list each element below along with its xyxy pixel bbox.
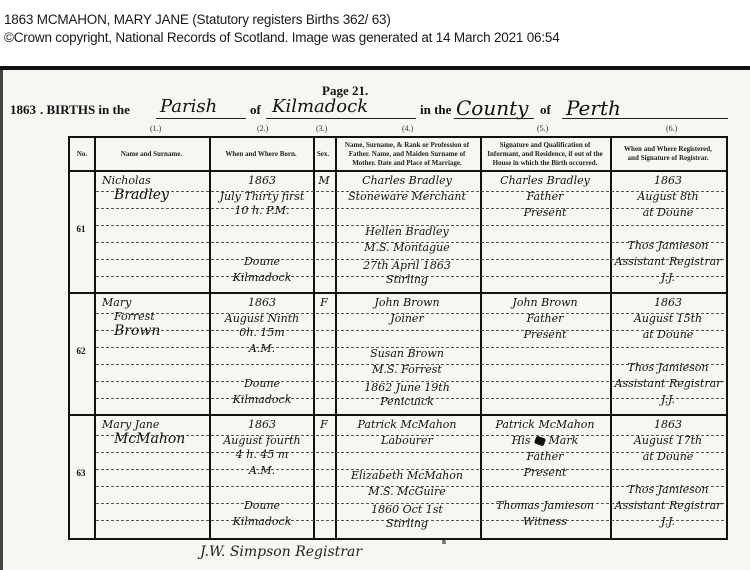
sheet-mark: B: [442, 540, 446, 546]
marriage-detail: 27th April 1863: [342, 260, 472, 272]
column-header-informant: Signature and Qualification of Informant…: [480, 138, 610, 170]
county-name: Perth: [566, 96, 621, 120]
birth-detail: 1863: [214, 297, 310, 309]
informant-detail: Father: [482, 313, 608, 325]
mother-detail: Elizabeth McMahon: [342, 470, 472, 482]
birth-detail: 0h. 15m: [214, 327, 310, 339]
child-name: Brown: [114, 325, 160, 337]
marriage-detail: 1862 June 19th: [342, 382, 472, 394]
informant-name: Patrick McMahon: [482, 419, 608, 431]
birth-detail: A.M.: [214, 343, 310, 355]
child-name: Nicholas: [102, 175, 151, 187]
child-name: Mary Jane: [102, 419, 159, 431]
underline: [266, 118, 416, 119]
child-name: Forrest: [114, 311, 155, 323]
registrar-signature: J.W. Simpson Registrar: [200, 544, 362, 560]
in-the-label: in the: [420, 102, 451, 118]
mother-detail: Susan Brown: [342, 348, 472, 360]
birth-detail: Doune: [214, 256, 310, 268]
column-divider: [94, 138, 96, 538]
registration-detail: August 8th: [612, 191, 724, 203]
marriage-detail: Stirling: [342, 518, 472, 530]
birth-detail: 1863: [214, 175, 310, 187]
birth-detail: Doune: [214, 378, 310, 390]
registration-detail: 1863: [612, 297, 724, 309]
registration-detail: August 17th: [612, 435, 724, 447]
birth-detail: August Ninth: [214, 313, 310, 325]
record-title: 1863 MCMAHON, MARY JANE (Statutory regis…: [4, 12, 391, 27]
mother-detail: M.S. Forrest: [342, 364, 472, 376]
marriage-detail: Stirling: [342, 274, 472, 286]
father-detail: Joiner: [342, 313, 472, 325]
marriage-detail: 1860 Oct 1st: [342, 504, 472, 516]
father-detail: Stoneware Merchant: [342, 191, 472, 203]
parish-name: Kilmadock: [272, 96, 368, 117]
mother-detail: Hellen Bradley: [342, 226, 472, 238]
birth-detail: A.M.: [214, 465, 310, 477]
column-number: (6.): [666, 124, 677, 133]
area-type: County: [456, 96, 528, 120]
birth-detail: Kilmadock: [214, 394, 310, 406]
marriage-detail: Penicuick: [342, 396, 472, 408]
registration-detail: at Doune: [612, 329, 724, 341]
underline: [156, 118, 246, 119]
sex-value: F: [316, 297, 332, 309]
births-heading: . BIRTHS in the: [40, 102, 130, 118]
division-type: Parish: [160, 96, 217, 117]
informant-relation: Father: [482, 451, 608, 463]
registration-detail: at Doune: [612, 207, 724, 219]
entry-divider: [70, 292, 726, 294]
column-number: (4.): [402, 124, 413, 133]
birth-detail: Doune: [214, 500, 310, 512]
witness-name: Thomas Jamieson: [482, 500, 608, 512]
child-name: Bradley: [114, 189, 169, 201]
registration-detail: August 15th: [612, 313, 724, 325]
column-header-parents: Name, Surname, & Rank or Profession of F…: [335, 138, 479, 170]
entry-number: 61: [70, 224, 92, 234]
column-number: (2.): [257, 124, 268, 133]
informant-detail: Father: [482, 191, 608, 203]
birth-detail: 1863: [214, 419, 310, 431]
of-label: of: [250, 102, 261, 118]
father-detail: Charles Bradley: [342, 175, 472, 187]
child-name: Mary: [102, 297, 131, 309]
entry-number: 62: [70, 346, 92, 356]
registration-detail: J.J.: [612, 516, 724, 528]
registration-detail: Thos Jamieson: [612, 240, 724, 252]
birth-detail: 4 h. 45 m: [214, 449, 310, 461]
column-header-registered: When and Where Registered, and Signature…: [610, 138, 726, 170]
sex-value: F: [316, 419, 332, 431]
registration-detail: J.J.: [612, 272, 724, 284]
father-detail: Patrick McMahon: [342, 419, 472, 431]
register-title-line: 1863 . BIRTHS in the Parish of Kilmadock…: [10, 98, 728, 122]
column-header-born: When and Where Born.: [209, 138, 313, 170]
informant-detail: Charles Bradley: [482, 175, 608, 187]
witness-label: Witness: [482, 516, 608, 528]
column-divider: [335, 138, 337, 538]
registration-detail: Thos Jamieson: [612, 362, 724, 374]
column-header-sex: Sex.: [313, 138, 333, 170]
column-header-no: No.: [70, 138, 94, 170]
cross-mark-icon: [533, 436, 545, 447]
informant-detail: Present: [482, 207, 608, 219]
informant-detail: Present: [482, 329, 608, 341]
registration-detail: 1863: [612, 175, 724, 187]
copyright-notice: ©Crown copyright, National Records of Sc…: [4, 30, 560, 45]
of-label: of: [540, 102, 551, 118]
column-divider: [209, 138, 211, 538]
registration-detail: Assistant Registrar: [612, 500, 724, 512]
column-number: (1.): [150, 124, 161, 133]
column-divider: [313, 138, 315, 538]
informant-presence: Present: [482, 467, 608, 479]
entry-number: 63: [70, 468, 92, 478]
birth-detail: August fourth: [214, 435, 310, 447]
father-detail: John Brown: [342, 297, 472, 309]
mark-label: Mark: [549, 434, 579, 447]
informant-mark-line: HisMark: [482, 435, 608, 447]
births-register-table: No. Name and Surname. When and Where Bor…: [68, 136, 728, 540]
column-number: (3.): [316, 124, 327, 133]
informant-detail: John Brown: [482, 297, 608, 309]
registration-detail: Assistant Registrar: [612, 378, 724, 390]
page-left-border: [0, 70, 3, 570]
column-number: (5.): [537, 124, 548, 133]
registration-detail: 1863: [612, 419, 724, 431]
birth-detail: 10 h. P.M.: [214, 205, 310, 217]
registration-detail: Thos Jamieson: [612, 484, 724, 496]
child-name: McMahon: [114, 433, 185, 445]
birth-detail: July Thirty first: [214, 191, 310, 203]
birth-detail: Kilmadock: [214, 272, 310, 284]
mother-detail: M.S. McGuire: [342, 486, 472, 498]
birth-detail: Kilmadock: [214, 516, 310, 528]
registration-detail: at Doune: [612, 451, 724, 463]
entry-divider: [70, 414, 726, 416]
mother-detail: M.S. Montague: [342, 242, 472, 254]
underline: [454, 118, 534, 119]
registration-detail: J.J.: [612, 394, 724, 406]
his-label: His: [512, 434, 531, 447]
register-year: 1863: [10, 102, 36, 118]
registration-detail: Assistant Registrar: [612, 256, 724, 268]
page-top-border: [0, 66, 750, 70]
header-divider: [70, 170, 726, 172]
underline: [562, 118, 728, 119]
sex-value: M: [316, 175, 332, 187]
father-detail: Labourer: [342, 435, 472, 447]
column-header-name: Name and Surname.: [94, 138, 209, 170]
